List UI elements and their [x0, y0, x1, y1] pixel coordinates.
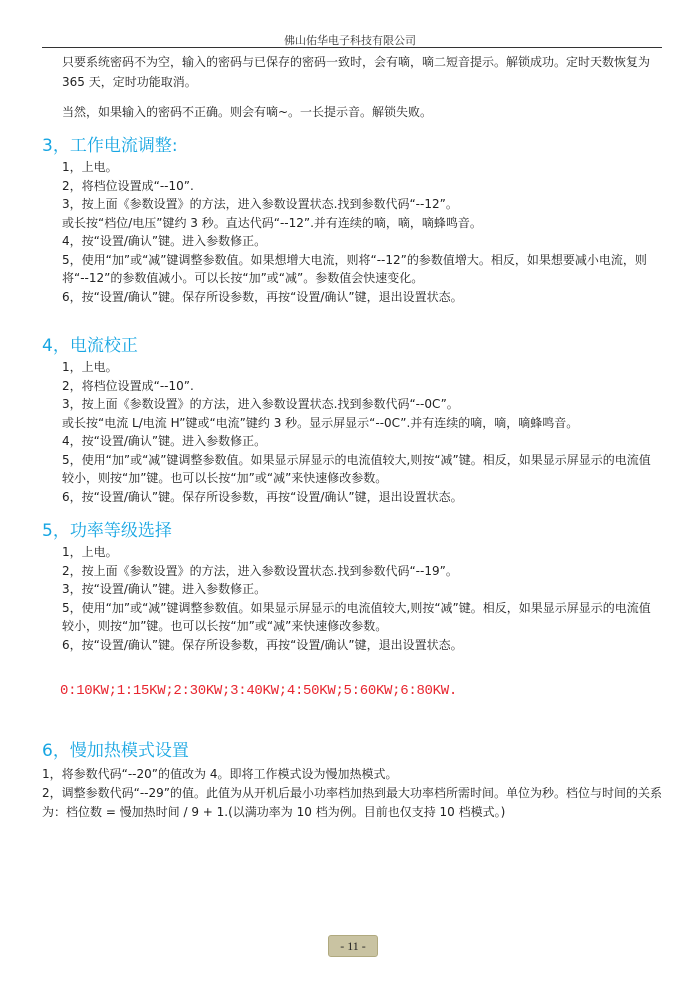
step: 5，使用“加”或“减”键调整参数值。如果想增大电流，则将“--12”的参数值增大…: [62, 251, 662, 288]
power-level-list: 0:10KW;1:15KW;2:30KW;3:40KW;4:50KW;5:60K…: [60, 683, 457, 699]
company-name: 佛山佑华电子科技有限公司: [0, 32, 700, 48]
step: 6，按“设置/确认”键。保存所设参数，再按“设置/确认”键，退出设置状态。: [62, 636, 662, 655]
step: 4，按“设置/确认”键。进入参数修正。: [62, 432, 662, 451]
step: 1，上电。: [62, 358, 662, 377]
step: 1，将参数代码“--20”的值改为 4。即将工作模式设为慢加热模式。: [42, 765, 662, 784]
section-5-title: 5，功率等级选择: [42, 516, 172, 541]
section-6-title: 6，慢加热模式设置: [42, 736, 189, 761]
step: 5，使用“加”或“减”键调整参数值。如果显示屏显示的电流值较大,则按“减”键。相…: [62, 451, 662, 488]
section-6-steps: 1，将参数代码“--20”的值改为 4。即将工作模式设为慢加热模式。 2，调整参…: [42, 765, 662, 822]
step: 1，上电。: [62, 543, 662, 562]
step: 或长按“电流 L/电流 H”键或“电流”键约 3 秒。显示屏显示“--0C”.并…: [62, 414, 662, 433]
step: 5，使用“加”或“减”键调整参数值。如果显示屏显示的电流值较大,则按“减”键。相…: [62, 599, 662, 636]
section-4-steps: 1，上电。 2，将档位设置成“--10”. 3，按上面《参数设置》的方法，进入参…: [62, 358, 662, 506]
step: 2，将档位设置成“--10”.: [62, 377, 662, 396]
step: 2，按上面《参数设置》的方法，进入参数设置状态.找到参数代码“--19”。: [62, 562, 662, 581]
intro-paragraph-1: 只要系统密码不为空，输入的密码与已保存的密码一致时，会有嘀，嘀二短音提示。解锁成…: [62, 52, 662, 92]
section-3-steps: 1，上电。 2，将档位设置成“--10”. 3，按上面《参数设置》的方法，进入参…: [62, 158, 662, 306]
step: 1，上电。: [62, 158, 662, 177]
step: 6，按“设置/确认”键。保存所设参数，再按“设置/确认”键，退出设置状态。: [62, 288, 662, 307]
step: 6，按“设置/确认”键。保存所设参数，再按“设置/确认”键，退出设置状态。: [62, 488, 662, 507]
step: 2，将档位设置成“--10”.: [62, 177, 662, 196]
section-3-title: 3，工作电流调整:: [42, 131, 178, 156]
step: 或长按“档位/电压”键约 3 秒。直达代码“--12”.并有连续的嘀，嘀，嘀蜂鸣…: [62, 214, 662, 233]
section-4-title: 4，电流校正: [42, 331, 138, 356]
page-number-badge: - 11 -: [328, 935, 378, 957]
step: 3，按上面《参数设置》的方法，进入参数设置状态.找到参数代码“--0C”。: [62, 395, 662, 414]
intro-paragraph-2: 当然，如果输入的密码不正确。则会有嘀~。一长提示音。解锁失败。: [62, 102, 662, 122]
section-5-steps: 1，上电。 2，按上面《参数设置》的方法，进入参数设置状态.找到参数代码“--1…: [62, 543, 662, 654]
step: 4，按“设置/确认”键。进入参数修正。: [62, 232, 662, 251]
header-divider: [42, 47, 662, 48]
step: 2，调整参数代码“--29”的值。此值为从开机后最小功率档加热到最大功率档所需时…: [42, 784, 662, 822]
step: 3，按“设置/确认”键。进入参数修正。: [62, 580, 662, 599]
step: 3，按上面《参数设置》的方法，进入参数设置状态.找到参数代码“--12”。: [62, 195, 662, 214]
